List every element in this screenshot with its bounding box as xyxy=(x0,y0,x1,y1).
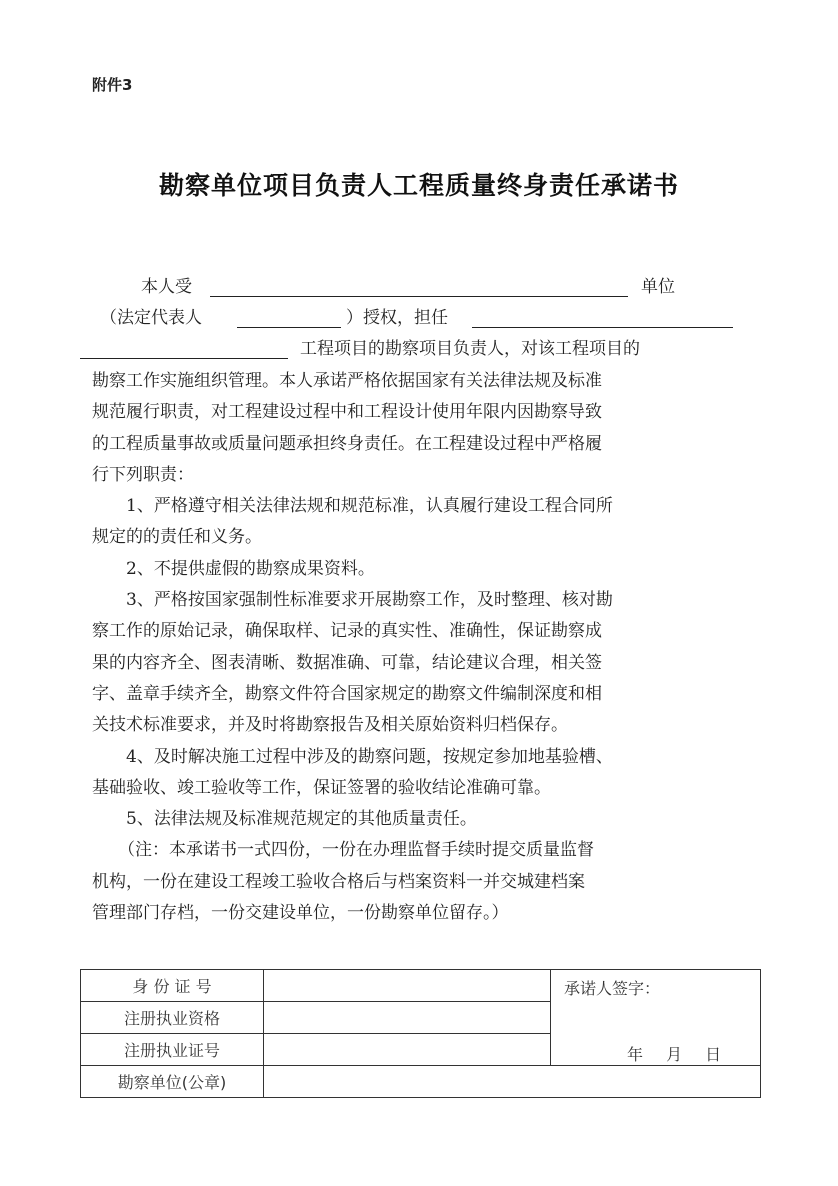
line2-prefix: （法定代表人 xyxy=(100,308,202,328)
note-line: 机构，一份在建设工程竣工验收合格后与档案资料一并交城建档案 xyxy=(92,867,692,898)
signature-cell[interactable]: 承诺人签字： 年 月 日 xyxy=(551,970,761,1066)
attachment-label: 附件3 xyxy=(92,74,132,95)
project-name-field-part2[interactable] xyxy=(80,358,288,359)
duty-item-1-cont: 规定的的责任和义务。 xyxy=(92,522,692,553)
duty-item-3-cont: 察工作的原始记录，确保取样、记录的真实性、准确性，保证勘察成 xyxy=(92,616,692,647)
duty-item-2: 2、不提供虚假的勘察成果资料。 xyxy=(92,554,692,585)
table-row: 身 份 证 号 承诺人签字： 年 月 日 xyxy=(81,970,761,1002)
intro-line: 规范履行职责，对工程建设过程中和工程设计使用年限内因勘察导致 xyxy=(92,397,692,428)
survey-unit-seal-label: 勘察单位(公章) xyxy=(81,1066,264,1098)
duty-item-3-cont: 字、盖章手续齐全，勘察文件符合国家规定的勘察文件编制深度和相 xyxy=(92,679,692,710)
intro-line: 的工程质量事故或质量问题承担终身责任。在工程建设过程中严格履 xyxy=(92,429,692,460)
duty-item-3-cont: 关技术标准要求，并及时将勘察报告及相关原始资料归档保存。 xyxy=(92,710,692,741)
signature-label: 承诺人签字： xyxy=(564,976,660,999)
project-name-field-part1[interactable] xyxy=(472,327,733,328)
survey-unit-seal-field[interactable] xyxy=(264,1066,761,1098)
line1-prefix: 本人受 xyxy=(141,277,192,297)
document-title: 勘察单位项目负责人工程质量终身责任承诺书 xyxy=(0,166,838,202)
duty-item-5: 5、法律法规及标准规范规定的其他质量责任。 xyxy=(92,804,692,835)
date-label: 年 月 日 xyxy=(627,1042,721,1065)
duty-item-1: 1、严格遵守相关法律法规和规范标准，认真履行建设工程合同所 xyxy=(92,491,692,522)
line3-suffix: 工程项目的勘察项目负责人，对该工程项目的 xyxy=(300,339,640,359)
duty-item-4: 4、及时解决施工过程中涉及的勘察问题，按规定参加地基验槽、 xyxy=(92,742,692,773)
intro-line: 勘察工作实施组织管理。本人承诺严格依据国家有关法律法规及标准 xyxy=(92,366,692,397)
info-table: 身 份 证 号 承诺人签字： 年 月 日 注册执业资格 注册执业证号 勘察单位(… xyxy=(80,969,761,1098)
commitment-body: 勘察工作实施组织管理。本人承诺严格依据国家有关法律法规及标准 规范履行职责，对工… xyxy=(92,366,692,929)
duty-item-3-cont: 果的内容齐全、图表清晰、数据准确、可靠，结论建议合理，相关签 xyxy=(92,648,692,679)
qualification-field[interactable] xyxy=(264,1002,551,1034)
note-line: 管理部门存档，一份交建设单位，一份勘察单位留存。） xyxy=(92,898,692,929)
unit-name-field[interactable] xyxy=(210,296,628,297)
duty-item-3: 3、严格按国家强制性标准要求开展勘察工作，及时整理、核对勘 xyxy=(92,585,692,616)
line2-middle: ）授权，担任 xyxy=(346,308,448,328)
certificate-number-field[interactable] xyxy=(264,1034,551,1066)
intro-line: 行下列职责： xyxy=(92,460,692,491)
duty-item-4-cont: 基础验收、竣工验收等工作，保证签署的验收结论准确可靠。 xyxy=(92,773,692,804)
note-line: （注：本承诺书一式四份，一份在办理监督手续时提交质量监督 xyxy=(92,835,692,866)
line1-suffix: 单位 xyxy=(641,277,675,297)
id-number-label: 身 份 证 号 xyxy=(81,970,264,1002)
qualification-label: 注册执业资格 xyxy=(81,1002,264,1034)
table-row: 勘察单位(公章) xyxy=(81,1066,761,1098)
certificate-number-label: 注册执业证号 xyxy=(81,1034,264,1066)
id-number-field[interactable] xyxy=(264,970,551,1002)
legal-representative-field[interactable] xyxy=(237,327,341,328)
